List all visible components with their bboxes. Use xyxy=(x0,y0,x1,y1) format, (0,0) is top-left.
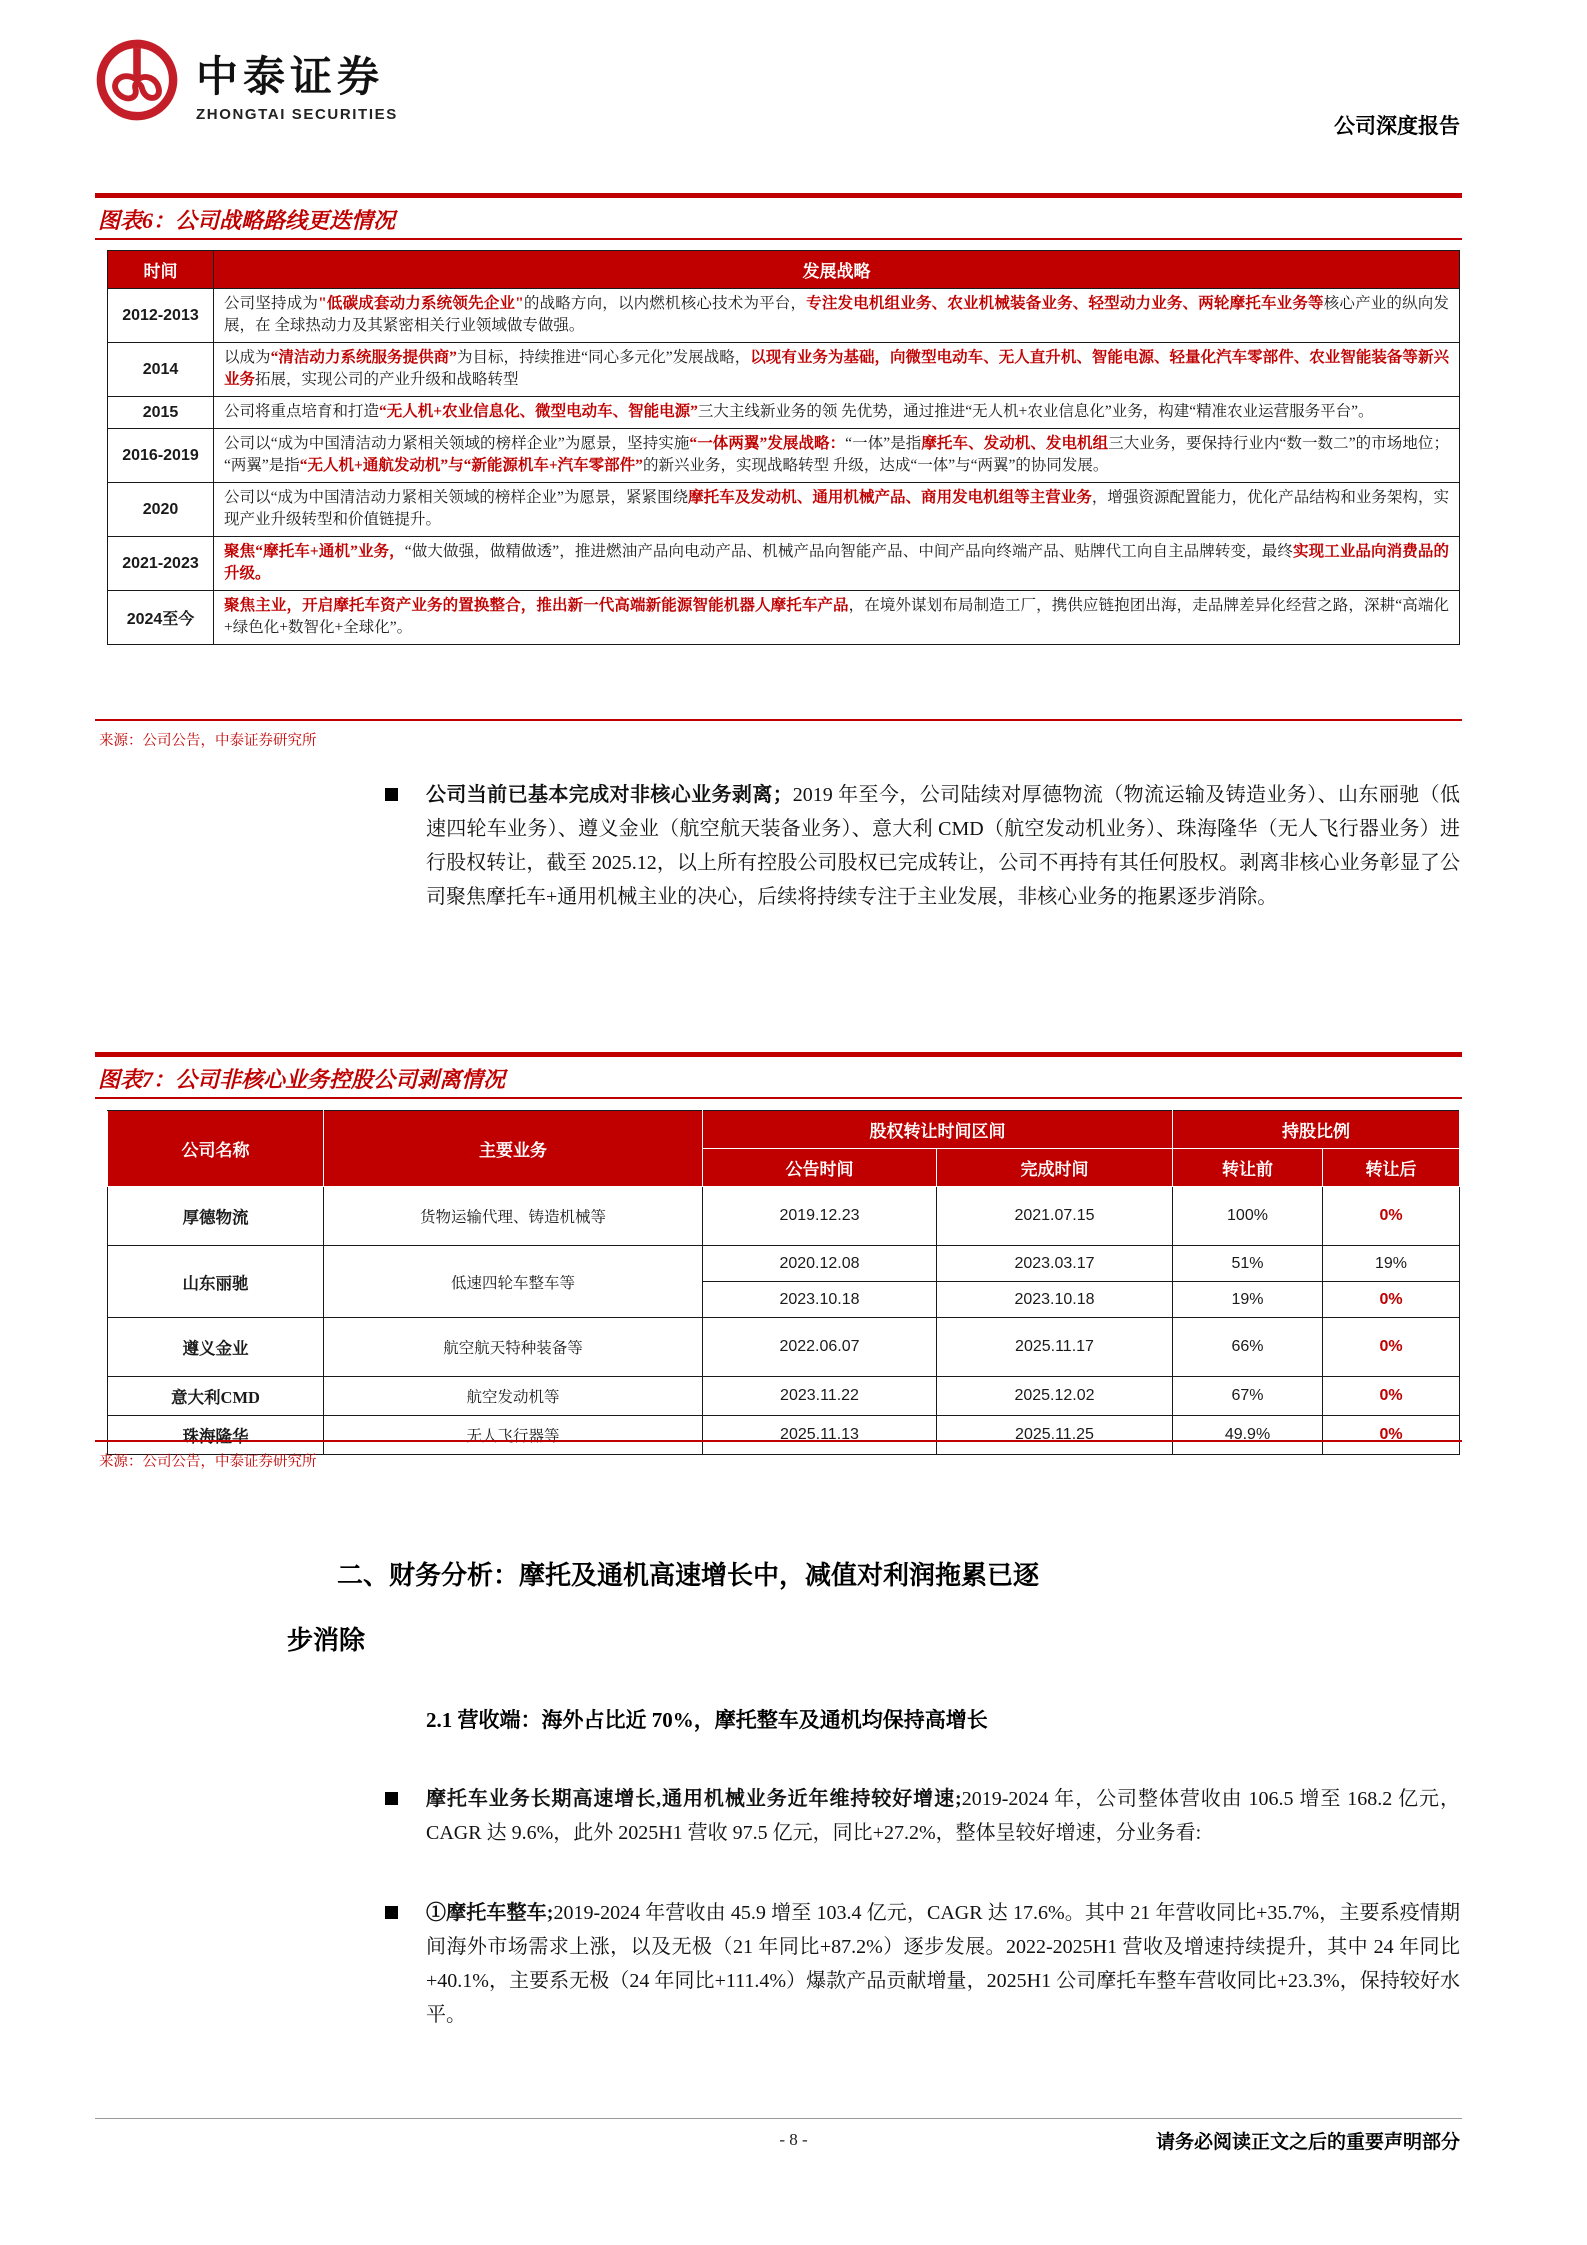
brand-block: 中泰证券 ZHONGTAI SECURITIES xyxy=(196,44,398,123)
after-pct-cell: 0% xyxy=(1323,1318,1460,1377)
revenue-bullet-1-text: 摩托车业务长期高速增长,通用机械业务近年维持较好增速;2019-2024 年，公… xyxy=(426,1788,1460,1844)
figure6-header-row: 时间 发展战略 xyxy=(108,251,1460,289)
figure6-col-time: 时间 xyxy=(108,251,214,289)
company-cell: 山东丽驰 xyxy=(108,1246,324,1318)
table-row: 2016-2019 公司以“成为中国清洁动力紧相关领域的榜样企业”为愿景，坚持实… xyxy=(108,429,1460,483)
figure7-source-rule xyxy=(95,1440,1462,1442)
complete-date-cell: 2025.12.02 xyxy=(937,1377,1173,1416)
before-pct-cell: 49.9% xyxy=(1173,1416,1323,1455)
announce-date-cell: 2023.11.22 xyxy=(703,1377,937,1416)
strategy-cell: 公司以“成为中国清洁动力紧相关领域的榜样企业”为愿景，紧紧围绕摩托车及发动机、通… xyxy=(214,483,1460,537)
figure6-source: 来源：公司公告，中泰证券研究所 xyxy=(99,729,317,750)
time-cell: 2020 xyxy=(108,483,214,537)
strategy-cell: 聚焦主业，开启摩托车资产业务的置换整合，推出新一代高端新能源智能机器人摩托车产品… xyxy=(214,591,1460,645)
figure7-col-business: 主要业务 xyxy=(324,1111,703,1187)
strategy-cell: 以成为“清洁动力系统服务提供商”为目标，持续推进“同心多元化”发展战略，以现有业… xyxy=(214,343,1460,397)
table-row: 厚德物流 货物运输代理、铸造机械等 2019.12.23 2021.07.15 … xyxy=(108,1187,1460,1246)
figure7-col-after: 转让后 xyxy=(1323,1149,1460,1187)
strategy-cell: 聚焦“摩托车+通机”业务，“做大做强，做精做透”，推进燃油产品向电动产品、机械产… xyxy=(214,537,1460,591)
company-cell: 遵义金业 xyxy=(108,1318,324,1377)
figure6-title-rule xyxy=(95,238,1462,240)
revenue-bullet-2-text: ①摩托车整车;2019-2024 年营收由 45.9 增至 103.4 亿元，C… xyxy=(426,1902,1460,2026)
table-row: 2020 公司以“成为中国清洁动力紧相关领域的榜样企业”为愿景，紧紧围绕摩托车及… xyxy=(108,483,1460,537)
time-cell: 2016-2019 xyxy=(108,429,214,483)
table-row: 意大利CMD 航空发动机等 2023.11.22 2025.12.02 67% … xyxy=(108,1377,1460,1416)
report-page: 中泰证券 ZHONGTAI SECURITIES 公司深度报告 图表6：公司战略… xyxy=(0,0,1587,2245)
time-cell: 2014 xyxy=(108,343,214,397)
table-row: 遵义金业 航空航天特种装备等 2022.06.07 2025.11.17 66%… xyxy=(108,1318,1460,1377)
figure7-col-holding: 持股比例 xyxy=(1173,1111,1460,1149)
business-cell: 低速四轮车整车等 xyxy=(324,1246,703,1318)
section-heading: 二、财务分析：摩托及通机高速增长中，减值对利润拖累已逐 步消除 xyxy=(287,1543,1467,1673)
company-cell: 珠海隆华 xyxy=(108,1416,324,1455)
complete-date-cell: 2023.03.17 xyxy=(937,1246,1173,1282)
complete-date-cell: 2021.07.15 xyxy=(937,1187,1173,1246)
before-pct-cell: 51% xyxy=(1173,1246,1323,1282)
figure7-col-announce: 公告时间 xyxy=(703,1149,937,1187)
table-row: 2015 公司将重点培育和打造“无人机+农业信息化、微型电动车、智能电源”三大主… xyxy=(108,397,1460,429)
subsection-heading: 2.1 营收端：海外占比近 70%，摩托整车及通机均保持高增长 xyxy=(426,1704,988,1734)
time-cell: 2015 xyxy=(108,397,214,429)
report-type-label: 公司深度报告 xyxy=(1334,110,1460,140)
brand-name-cn: 中泰证券 xyxy=(196,44,398,104)
before-pct-cell: 100% xyxy=(1173,1187,1323,1246)
bullet-square-icon xyxy=(385,1792,398,1805)
figure6-top-rule xyxy=(95,193,1462,198)
time-cell: 2021-2023 xyxy=(108,537,214,591)
figure6-table: 时间 发展战略 2012-2013 公司坚持成为"低碳成套动力系统领先企业"的战… xyxy=(107,250,1460,645)
strategy-cell: 公司坚持成为"低碳成套动力系统领先企业"的战略方向，以内燃机核心技术为平台，专注… xyxy=(214,289,1460,343)
before-pct-cell: 67% xyxy=(1173,1377,1323,1416)
after-pct-cell: 0% xyxy=(1323,1377,1460,1416)
after-pct-cell: 19% xyxy=(1323,1246,1460,1282)
before-pct-cell: 66% xyxy=(1173,1318,1323,1377)
after-pct-cell: 0% xyxy=(1323,1282,1460,1318)
complete-date-cell: 2025.11.25 xyxy=(937,1416,1173,1455)
footer-divider xyxy=(95,2118,1462,2119)
strategy-cell: 公司以“成为中国清洁动力紧相关领域的榜样企业”为愿景，坚持实施“一体两翼”发展战… xyxy=(214,429,1460,483)
strategy-cell: 公司将重点培育和打造“无人机+农业信息化、微型电动车、智能电源”三大主线新业务的… xyxy=(214,397,1460,429)
announce-date-cell: 2023.10.18 xyxy=(703,1282,937,1318)
announce-date-cell: 2019.12.23 xyxy=(703,1187,937,1246)
figure7-col-complete: 完成时间 xyxy=(937,1149,1173,1187)
brand-name-en: ZHONGTAI SECURITIES xyxy=(196,106,398,123)
table-row: 2012-2013 公司坚持成为"低碳成套动力系统领先企业"的战略方向，以内燃机… xyxy=(108,289,1460,343)
business-cell: 航空发动机等 xyxy=(324,1377,703,1416)
zhongtai-logo xyxy=(95,38,179,122)
company-cell: 厚德物流 xyxy=(108,1187,324,1246)
figure7-title: 图表7：公司非核心业务控股公司剥离情况 xyxy=(98,1063,505,1094)
business-cell: 航空航天特种装备等 xyxy=(324,1318,703,1377)
section-heading-line2: 步消除 xyxy=(287,1608,1467,1673)
section-heading-line1: 二、财务分析：摩托及通机高速增长中，减值对利润拖累已逐 xyxy=(287,1543,1467,1608)
business-cell: 货物运输代理、铸造机械等 xyxy=(324,1187,703,1246)
announce-date-cell: 2020.12.08 xyxy=(703,1246,937,1282)
figure6-col-strategy: 发展战略 xyxy=(214,251,1460,289)
bullet-square-icon xyxy=(385,1906,398,1919)
figure7-header-row-1: 公司名称 主要业务 股权转让时间区间 持股比例 xyxy=(108,1111,1460,1149)
time-cell: 2024至今 xyxy=(108,591,214,645)
figure7-title-rule xyxy=(95,1097,1462,1099)
bullet-square-icon xyxy=(385,788,398,801)
complete-date-cell: 2025.11.17 xyxy=(937,1318,1173,1377)
time-cell: 2012-2013 xyxy=(108,289,214,343)
figure7-col-transfer-period: 股权转让时间区间 xyxy=(703,1111,1173,1149)
table-row: 2021-2023 聚焦“摩托车+通机”业务，“做大做强，做精做透”，推进燃油产… xyxy=(108,537,1460,591)
divest-bullet-paragraph: 公司当前已基本完成对非核心业务剥离；2019 年至今，公司陆续对厚德物流（物流运… xyxy=(426,778,1460,914)
table-row: 珠海隆华 无人飞行器等 2025.11.13 2025.11.25 49.9% … xyxy=(108,1416,1460,1455)
announce-date-cell: 2022.06.07 xyxy=(703,1318,937,1377)
after-pct-cell: 0% xyxy=(1323,1187,1460,1246)
before-pct-cell: 19% xyxy=(1173,1282,1323,1318)
divest-text: 公司当前已基本完成对非核心业务剥离；2019 年至今，公司陆续对厚德物流（物流运… xyxy=(426,784,1460,908)
announce-date-cell: 2025.11.13 xyxy=(703,1416,937,1455)
table-row: 2014 以成为“清洁动力系统服务提供商”为目标，持续推进“同心多元化”发展战略… xyxy=(108,343,1460,397)
figure7-table: 公司名称 主要业务 股权转让时间区间 持股比例 公告时间 完成时间 转让前 转让… xyxy=(107,1110,1460,1455)
revenue-bullet-1: 摩托车业务长期高速增长,通用机械业务近年维持较好增速;2019-2024 年，公… xyxy=(426,1782,1460,1850)
business-cell: 无人飞行器等 xyxy=(324,1416,703,1455)
after-pct-cell: 0% xyxy=(1323,1416,1460,1455)
figure6-title: 图表6：公司战略路线更迭情况 xyxy=(98,204,395,235)
figure7-top-rule xyxy=(95,1052,1462,1057)
complete-date-cell: 2023.10.18 xyxy=(937,1282,1173,1318)
table-row: 山东丽驰 低速四轮车整车等 2020.12.08 2023.03.17 51% … xyxy=(108,1246,1460,1282)
figure7-col-before: 转让前 xyxy=(1173,1149,1323,1187)
footer-notice: 请务必阅读正文之后的重要声明部分 xyxy=(1156,2127,1460,2154)
figure7-source: 来源：公司公告，中泰证券研究所 xyxy=(99,1450,317,1471)
revenue-bullet-2: ①摩托车整车;2019-2024 年营收由 45.9 增至 103.4 亿元，C… xyxy=(426,1896,1460,2032)
table-row: 2024至今 聚焦主业，开启摩托车资产业务的置换整合，推出新一代高端新能源智能机… xyxy=(108,591,1460,645)
figure7-col-company: 公司名称 xyxy=(108,1111,324,1187)
company-cell: 意大利CMD xyxy=(108,1377,324,1416)
logo-knot-icon xyxy=(95,38,179,122)
figure6-source-rule xyxy=(95,719,1462,721)
